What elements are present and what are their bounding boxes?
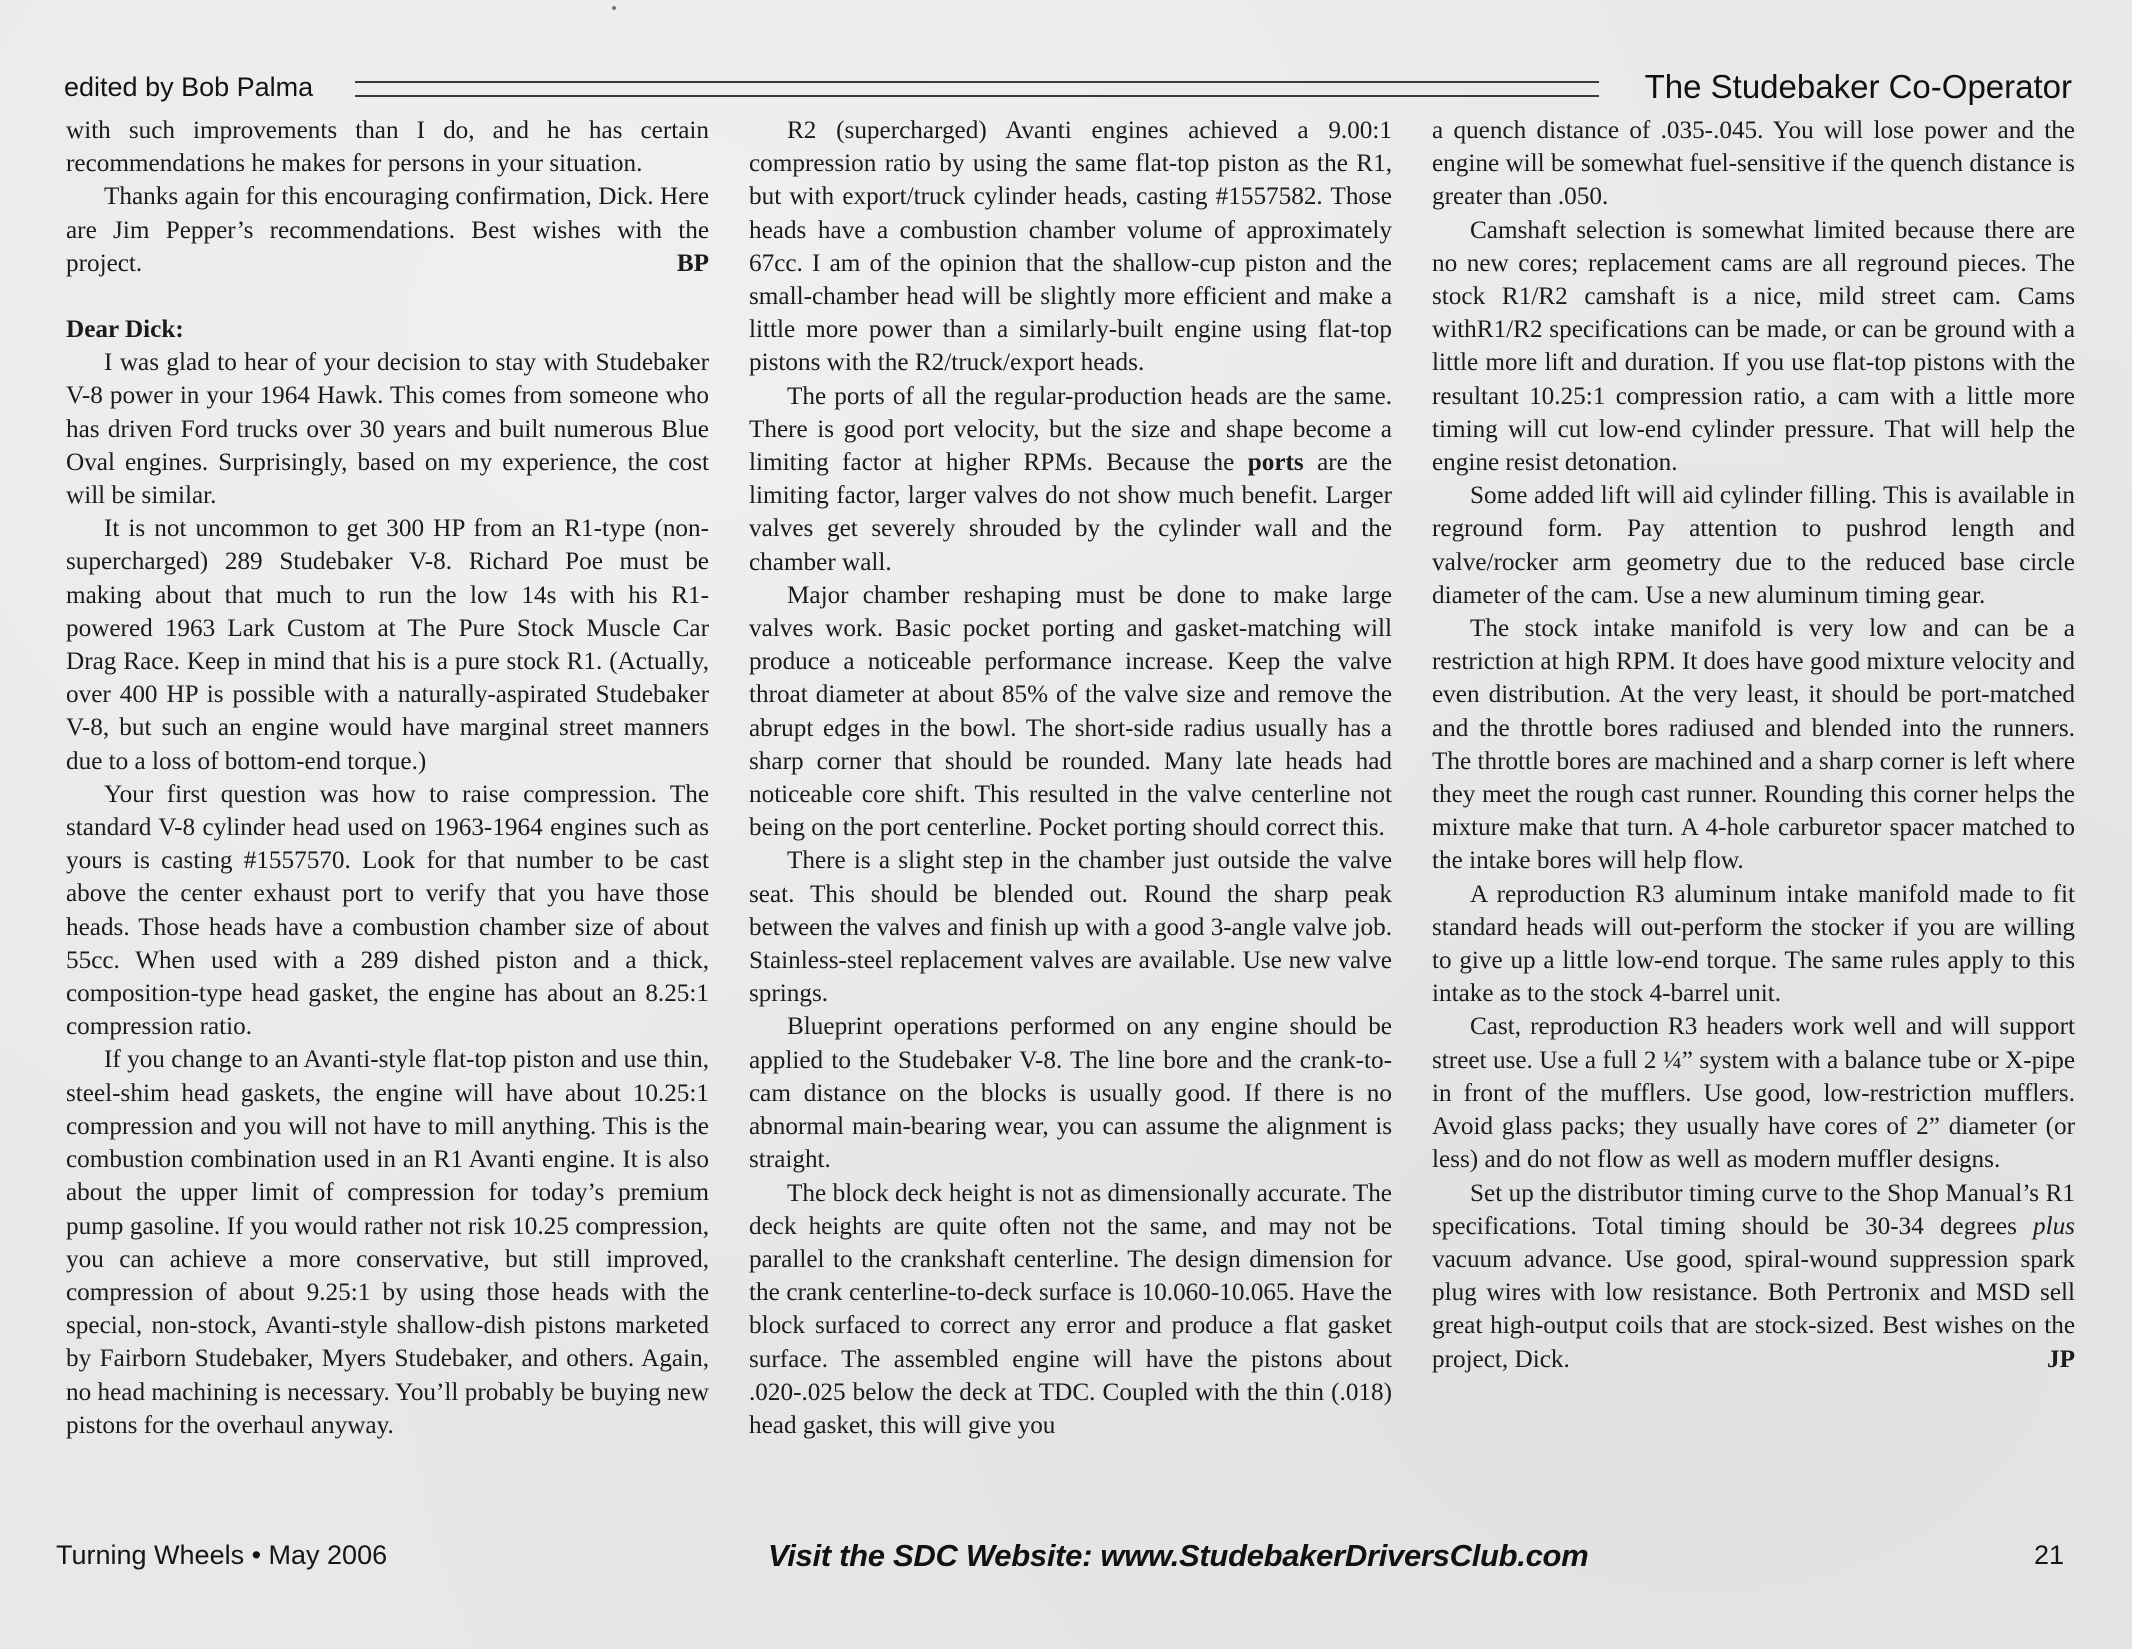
paragraph: Thanks again for this encouraging confir…: [66, 180, 709, 280]
paragraph: Camshaft selection is somewhat limited b…: [1432, 214, 2075, 480]
magazine-page: edited by Bob Palma The Studebaker Co-Op…: [0, 0, 2132, 1649]
signoff-initials: BP: [639, 247, 709, 280]
column-3: a quench distance of .035-.045. You will…: [1432, 114, 2075, 1514]
column-2: R2 (supercharged) Avanti engines achieve…: [749, 114, 1392, 1514]
paragraph: If you change to an Avanti-style flat-to…: [66, 1043, 709, 1441]
page-number: 21: [2034, 1540, 2064, 1571]
paragraph: R2 (supercharged) Avanti engines achieve…: [749, 114, 1392, 380]
column-1: with such improvements than I do, and he…: [66, 114, 709, 1514]
paragraph: Major chamber reshaping must be done to …: [749, 579, 1392, 845]
paragraph: A reproduction R3 aluminum intake manifo…: [1432, 878, 2075, 1011]
article-body: with such improvements than I do, and he…: [66, 114, 2076, 1514]
paragraph: Cast, reproduction R3 headers work well …: [1432, 1010, 2075, 1176]
paragraph: Your first question was how to raise com…: [66, 778, 709, 1044]
publication-issue: Turning Wheels • May 2006: [56, 1540, 387, 1571]
editor-credit: edited by Bob Palma: [64, 72, 313, 103]
salutation: Dear Dick:: [66, 313, 709, 346]
paragraph: The ports of all the regular-production …: [749, 380, 1392, 579]
website-promo: Visit the SDC Website: www.StudebakerDri…: [768, 1538, 1588, 1574]
paragraph: The stock intake manifold is very low an…: [1432, 612, 2075, 878]
paragraph: a quench distance of .035-.045. You will…: [1432, 114, 2075, 214]
header-double-rule: [355, 81, 1598, 97]
paragraph: It is not uncommon to get 300 HP from an…: [66, 512, 709, 778]
paragraph: with such improvements than I do, and he…: [66, 114, 709, 180]
signoff-initials: JP: [2009, 1343, 2075, 1376]
page-footer: Turning Wheels • May 2006 Visit the SDC …: [56, 1540, 2066, 1580]
emphasis-italic: plus: [2033, 1213, 2075, 1240]
running-header: edited by Bob Palma The Studebaker Co-Op…: [64, 62, 2072, 112]
paragraph: Set up the distributor timing curve to t…: [1432, 1177, 2075, 1376]
paragraph: Some added lift will aid cylinder fillin…: [1432, 479, 2075, 612]
paragraph: There is a slight step in the chamber ju…: [749, 844, 1392, 1010]
paragraph: The block deck height is not as dimensio…: [749, 1177, 1392, 1443]
dust-speck: [612, 6, 616, 10]
paragraph: Blueprint operations performed on any en…: [749, 1010, 1392, 1176]
emphasis-bold: ports: [1248, 449, 1304, 476]
column-title: The Studebaker Co-Operator: [1645, 68, 2072, 106]
paragraph: I was glad to hear of your decision to s…: [66, 346, 709, 512]
